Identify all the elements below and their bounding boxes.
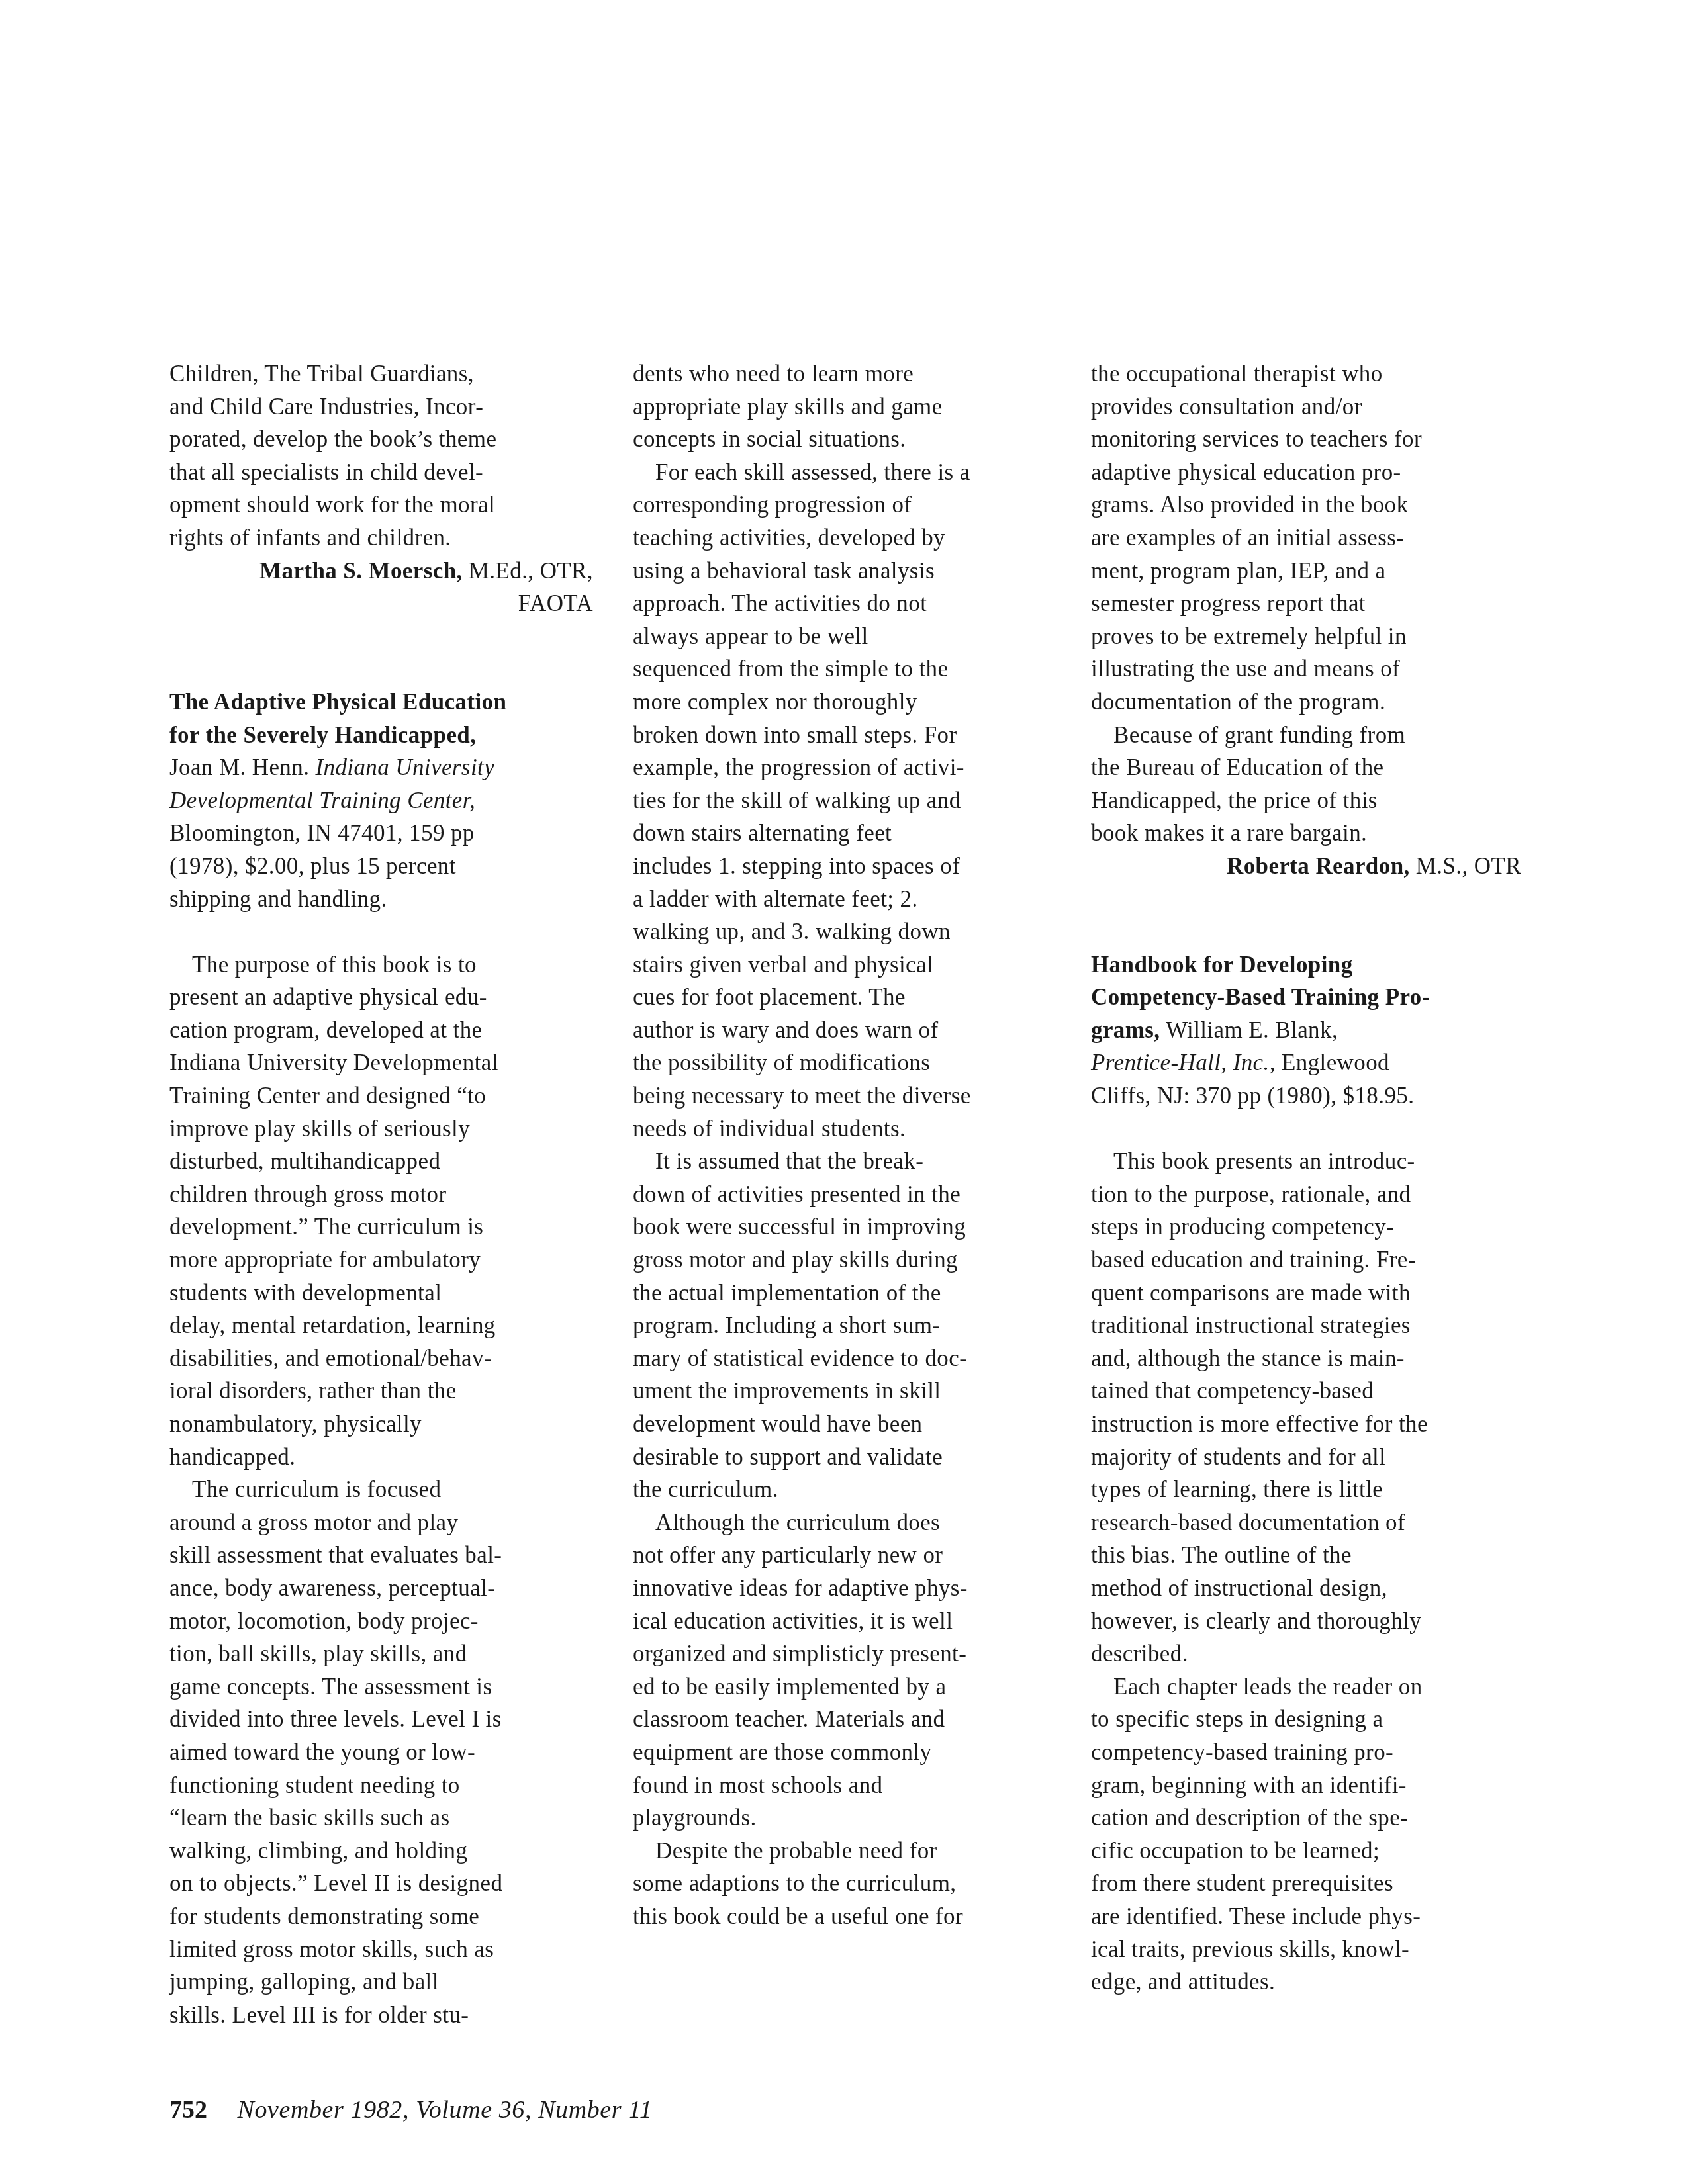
text-line: students with developmental xyxy=(169,1277,593,1310)
text-line: ment, program plan, IEP, and a xyxy=(1091,555,1521,588)
text-line: are examples of an initial assess- xyxy=(1091,522,1521,555)
text-line: types of learning, there is little xyxy=(1091,1473,1521,1506)
text-line: stairs given verbal and physical xyxy=(633,948,1056,981)
text-line: organized and simplisticly present- xyxy=(633,1637,1056,1670)
text-line: mary of statistical evidence to doc- xyxy=(633,1342,1056,1375)
text-line: cues for foot placement. The xyxy=(633,981,1056,1014)
text-line: concepts in social situations. xyxy=(633,423,1056,456)
review-3-paragraph-1: This book presents an introduc- tion to … xyxy=(1091,1145,1521,1670)
text-line: gram, beginning with an identifi- xyxy=(1091,1769,1521,1802)
text-line: dents who need to learn more xyxy=(633,357,1056,390)
text-line: and Child Care Industries, Incor- xyxy=(169,390,593,424)
text-line: innovative ideas for adaptive phys- xyxy=(633,1572,1056,1605)
text-line: development would have been xyxy=(633,1408,1056,1441)
text-line: using a behavioral task analysis xyxy=(633,555,1056,588)
text-line: found in most schools and xyxy=(633,1769,1056,1802)
text-line: book were successful in improving xyxy=(633,1210,1056,1244)
book-details: Cliffs, NJ: 370 pp (1980), $18.95. xyxy=(1091,1079,1521,1113)
text-line: divided into three levels. Level I is xyxy=(169,1703,593,1736)
text-line: instruction is more effective for the xyxy=(1091,1408,1521,1441)
text-line: majority of students and for all xyxy=(1091,1441,1521,1474)
text-line: limited gross motor skills, such as xyxy=(169,1933,593,1966)
page-footer: 752 November 1982, Volume 36, Number 11 xyxy=(169,2095,653,2124)
reviewer-signature: Martha S. Moersch, M.Ed., OTR, FAOTA xyxy=(169,555,593,620)
reviewer-credentials: M.Ed., OTR, xyxy=(463,558,593,584)
text-line: needs of individual students. xyxy=(633,1113,1056,1146)
text-line: for students demonstrating some xyxy=(169,1900,593,1933)
text-line: being necessary to meet the diverse xyxy=(633,1079,1056,1113)
review-2-paragraph-3: For each skill assessed, there is a corr… xyxy=(633,456,1056,1145)
text-line: ical traits, previous skills, knowl- xyxy=(1091,1933,1521,1966)
text-line: Although the curriculum does xyxy=(633,1506,1056,1539)
review-2-paragraph-7: Because of grant funding from the Bureau… xyxy=(1091,719,1521,850)
text-line: the Bureau of Education of the xyxy=(1091,751,1521,784)
text-line: broken down into small steps. For xyxy=(633,719,1056,752)
text-line: monitoring services to teachers for xyxy=(1091,423,1521,456)
text-line: ical education activities, it is well xyxy=(633,1605,1056,1638)
book-publisher-city: Englewood xyxy=(1276,1050,1389,1075)
text-line: opment should work for the moral xyxy=(169,488,593,522)
text-line: Children, The Tribal Guardians, xyxy=(169,357,593,390)
text-line: the actual implementation of the xyxy=(633,1277,1056,1310)
text-line: ed to be easily implemented by a xyxy=(633,1670,1056,1704)
text-line: quent comparisons are made with xyxy=(1091,1277,1521,1310)
text-line: handicapped. xyxy=(169,1441,593,1474)
book-details: shipping and handling. xyxy=(169,883,593,916)
text-line: “learn the basic skills such as xyxy=(169,1801,593,1835)
text-line: approach. The activities do not xyxy=(633,587,1056,620)
text-line: some adaptions to the curriculum, xyxy=(633,1867,1056,1900)
text-line: aimed toward the young or low- xyxy=(169,1736,593,1769)
text-line: more appropriate for ambulatory xyxy=(169,1244,593,1277)
text-line: always appear to be well xyxy=(633,620,1056,653)
text-line: game concepts. The assessment is xyxy=(169,1670,593,1704)
text-line: skills. Level III is for older stu- xyxy=(169,1999,593,2032)
text-line: the occupational therapist who xyxy=(1091,357,1521,390)
text-line: Because of grant funding from xyxy=(1091,719,1521,752)
text-line: walking up, and 3. walking down xyxy=(633,915,1056,948)
text-line: research-based documentation of xyxy=(1091,1506,1521,1539)
text-line: based education and training. Fre- xyxy=(1091,1244,1521,1277)
book-title: The Adaptive Physical Education xyxy=(169,686,593,719)
text-line: skill assessment that evaluates bal- xyxy=(169,1539,593,1572)
text-line: ioral disorders, rather than the xyxy=(169,1375,593,1408)
text-line: provides consultation and/or xyxy=(1091,390,1521,424)
text-line: from there student prerequisites xyxy=(1091,1867,1521,1900)
text-line: example, the progression of activi- xyxy=(633,751,1056,784)
book-details: Bloomington, IN 47401, 159 pp xyxy=(169,817,593,850)
text-line: Each chapter leads the reader on xyxy=(1091,1670,1521,1704)
middle-column: dents who need to learn more appropriate… xyxy=(633,357,1056,1933)
journal-citation: November 1982, Volume 36, Number 11 xyxy=(238,2096,653,2124)
text-line: For each skill assessed, there is a xyxy=(633,456,1056,489)
text-line: edge, and attitudes. xyxy=(1091,1966,1521,1999)
review-2-paragraph-1: The purpose of this book is to present a… xyxy=(169,948,593,1474)
book-title: Handbook for Developing xyxy=(1091,948,1521,981)
text-line: present an adaptive physical edu- xyxy=(169,981,593,1014)
text-line: children through gross motor xyxy=(169,1178,593,1211)
text-line: book makes it a rare bargain. xyxy=(1091,817,1521,850)
text-line: steps in producing competency- xyxy=(1091,1210,1521,1244)
page-number: 752 xyxy=(169,2096,207,2124)
review-2-heading: The Adaptive Physical Education for the … xyxy=(169,686,593,915)
text-line: classroom teacher. Materials and xyxy=(633,1703,1056,1736)
reviewer-name: Martha S. Moersch, xyxy=(259,558,463,584)
reviewer-credentials: M.S., OTR xyxy=(1410,853,1521,879)
book-author: Joan M. Henn. xyxy=(169,754,315,780)
text-line: walking, climbing, and holding xyxy=(169,1835,593,1868)
text-line: the possibility of modifications xyxy=(633,1046,1056,1079)
text-line: functioning student needing to xyxy=(169,1769,593,1802)
review-1-closing-paragraph: Children, The Tribal Guardians, and Chil… xyxy=(169,357,593,555)
text-line: a ladder with alternate feet; 2. xyxy=(633,883,1056,916)
text-line: porated, develop the book’s theme xyxy=(169,423,593,456)
text-line: ties for the skill of walking up and xyxy=(633,784,1056,817)
text-line: corresponding progression of xyxy=(633,488,1056,522)
text-line: playgrounds. xyxy=(633,1801,1056,1835)
right-column: the occupational therapist who provides … xyxy=(1091,357,1521,1999)
text-line: tion to the purpose, rationale, and xyxy=(1091,1178,1521,1211)
text-line: teaching activities, developed by xyxy=(633,522,1056,555)
text-line: program. Including a short sum- xyxy=(633,1309,1056,1342)
book-author: William E. Blank, xyxy=(1160,1017,1338,1043)
text-line: to specific steps in designing a xyxy=(1091,1703,1521,1736)
text-line: documentation of the program. xyxy=(1091,686,1521,719)
text-line: proves to be extremely helpful in xyxy=(1091,620,1521,653)
text-line: Training Center and designed “to xyxy=(169,1079,593,1113)
text-line: author is wary and does warn of xyxy=(633,1014,1056,1047)
text-line: adaptive physical education pro- xyxy=(1091,456,1521,489)
text-line: down of activities presented in the xyxy=(633,1178,1056,1211)
text-line: ument the improvements in skill xyxy=(633,1375,1056,1408)
review-2-paragraph-4: It is assumed that the break- down of ac… xyxy=(633,1145,1056,1506)
book-title: grams, xyxy=(1091,1017,1160,1043)
book-publisher: Prentice-Hall, Inc., xyxy=(1091,1050,1276,1075)
book-title: Competency-Based Training Pro- xyxy=(1091,981,1521,1014)
text-line: motor, locomotion, body projec- xyxy=(169,1605,593,1638)
reviewer-name: Roberta Reardon, xyxy=(1227,853,1410,879)
text-line: more complex nor thoroughly xyxy=(633,686,1056,719)
text-line: This book presents an introduc- xyxy=(1091,1145,1521,1178)
text-line: equipment are those commonly xyxy=(633,1736,1056,1769)
text-line: around a gross motor and play xyxy=(169,1506,593,1539)
review-3-heading: Handbook for Developing Competency-Based… xyxy=(1091,948,1521,1113)
text-line: however, is clearly and thoroughly xyxy=(1091,1605,1521,1638)
text-line: and, although the stance is main- xyxy=(1091,1342,1521,1375)
text-line: jumping, galloping, and ball xyxy=(169,1966,593,1999)
left-column: Children, The Tribal Guardians, and Chil… xyxy=(169,357,593,2031)
text-line: gross motor and play skills during xyxy=(633,1244,1056,1277)
text-line: illustrating the use and means of xyxy=(1091,653,1521,686)
reviewer-signature: Roberta Reardon, M.S., OTR xyxy=(1091,850,1521,883)
text-line: ance, body awareness, perceptual- xyxy=(169,1572,593,1605)
text-line: the curriculum. xyxy=(633,1473,1056,1506)
text-line: cation and description of the spe- xyxy=(1091,1801,1521,1835)
text-line: The curriculum is focused xyxy=(169,1473,593,1506)
text-line: includes 1. stepping into spaces of xyxy=(633,850,1056,883)
review-3-paragraph-2: Each chapter leads the reader on to spec… xyxy=(1091,1670,1521,1999)
text-line: cific occupation to be learned; xyxy=(1091,1835,1521,1868)
text-line: desirable to support and validate xyxy=(633,1441,1056,1474)
text-line: disturbed, multihandicapped xyxy=(169,1145,593,1178)
reviewer-credentials: FAOTA xyxy=(169,587,593,620)
text-line: appropriate play skills and game xyxy=(633,390,1056,424)
text-line: cation program, developed at the xyxy=(169,1014,593,1047)
text-line: improve play skills of seriously xyxy=(169,1113,593,1146)
text-line: rights of infants and children. xyxy=(169,522,593,555)
text-line: described. xyxy=(1091,1637,1521,1670)
text-line: The purpose of this book is to xyxy=(169,948,593,981)
text-line: sequenced from the simple to the xyxy=(633,653,1056,686)
text-line: this book could be a useful one for xyxy=(633,1900,1056,1933)
review-2-paragraph-2-continued: dents who need to learn more appropriate… xyxy=(633,357,1056,456)
review-2-paragraph-6: Despite the probable need for some adapt… xyxy=(633,1835,1056,1933)
review-2-paragraph-5: Although the curriculum does not offer a… xyxy=(633,1506,1056,1835)
text-line: tained that competency-based xyxy=(1091,1375,1521,1408)
book-publisher: Developmental Training Center, xyxy=(169,784,593,817)
text-line: delay, mental retardation, learning xyxy=(169,1309,593,1342)
book-title: for the Severely Handicapped, xyxy=(169,719,593,752)
book-publisher: Indiana University xyxy=(315,754,494,780)
text-line: It is assumed that the break- xyxy=(633,1145,1056,1178)
text-line: method of instructional design, xyxy=(1091,1572,1521,1605)
review-2-paragraph-6-continued: the occupational therapist who provides … xyxy=(1091,357,1521,719)
text-line: disabilities, and emotional/behav- xyxy=(169,1342,593,1375)
text-line: traditional instructional strategies xyxy=(1091,1309,1521,1342)
text-line: competency-based training pro- xyxy=(1091,1736,1521,1769)
text-line: that all specialists in child devel- xyxy=(169,456,593,489)
book-details: (1978), $2.00, plus 15 percent xyxy=(169,850,593,883)
text-line: tion, ball skills, play skills, and xyxy=(169,1637,593,1670)
text-line: development.” The curriculum is xyxy=(169,1210,593,1244)
text-line: down stairs alternating feet xyxy=(633,817,1056,850)
text-line: grams. Also provided in the book xyxy=(1091,488,1521,522)
text-line: on to objects.” Level II is designed xyxy=(169,1867,593,1900)
text-line: not offer any particularly new or xyxy=(633,1539,1056,1572)
text-line: Handicapped, the price of this xyxy=(1091,784,1521,817)
text-line: Despite the probable need for xyxy=(633,1835,1056,1868)
text-line: semester progress report that xyxy=(1091,587,1521,620)
text-line: Indiana University Developmental xyxy=(169,1046,593,1079)
text-line: are identified. These include phys- xyxy=(1091,1900,1521,1933)
text-line: this bias. The outline of the xyxy=(1091,1539,1521,1572)
review-2-paragraph-2: The curriculum is focused around a gross… xyxy=(169,1473,593,2031)
text-line: nonambulatory, physically xyxy=(169,1408,593,1441)
